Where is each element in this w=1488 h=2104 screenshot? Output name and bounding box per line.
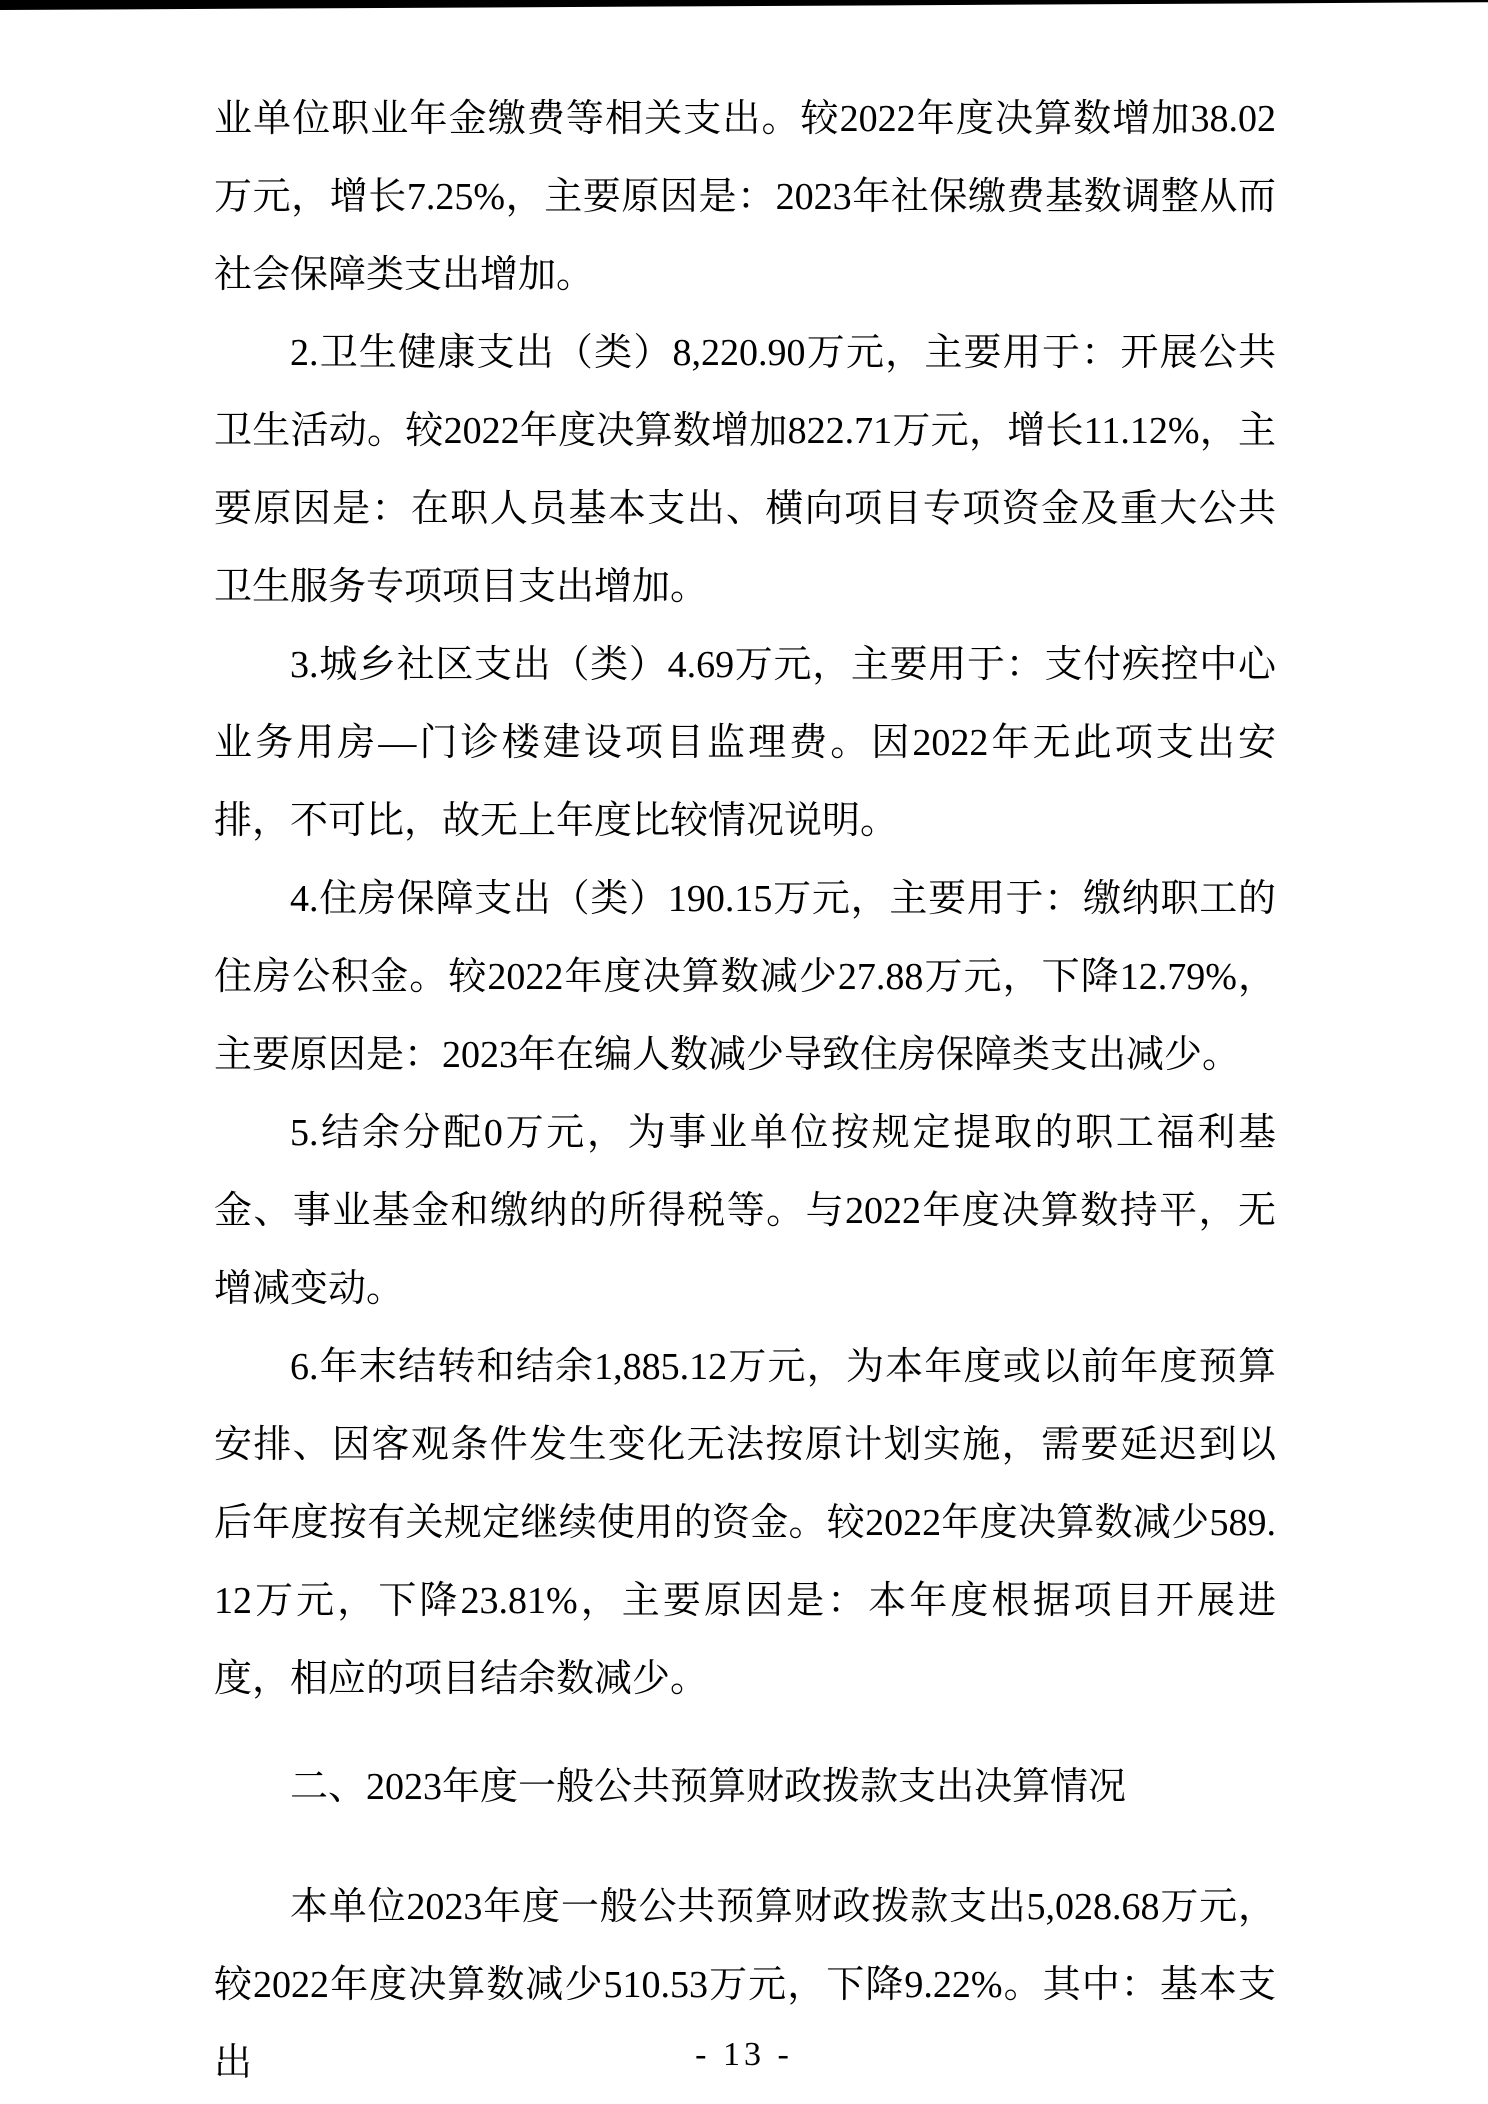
paragraph: 6.年末结转和结余1,885.12万元，为本年度或以前年度预算安排、因客观条件发… xyxy=(214,1328,1276,1718)
content: 业单位职业年金缴费等相关支出。较2022年度决算数增加38.02万元，增长7.2… xyxy=(214,0,1276,2102)
paragraph: 2.卫生健康支出（类）8,220.90万元，主要用于：开展公共卫生活动。较202… xyxy=(214,314,1276,626)
section-heading: 二、2023年度一般公共预算财政拨款支出决算情况 xyxy=(214,1748,1276,1826)
document-page: 业单位职业年金缴费等相关支出。较2022年度决算数增加38.02万元，增长7.2… xyxy=(0,0,1488,2104)
paragraph: 3.城乡社区支出（类）4.69万元，主要用于：支付疾控中心业务用房—门诊楼建设项… xyxy=(214,626,1276,860)
paragraph: 业单位职业年金缴费等相关支出。较2022年度决算数增加38.02万元，增长7.2… xyxy=(214,80,1276,314)
page-number: - 13 - xyxy=(0,2030,1488,2080)
paragraph: 5.结余分配0万元，为事业单位按规定提取的职工福利基金、事业基金和缴纳的所得税等… xyxy=(214,1094,1276,1328)
paragraph: 4.住房保障支出（类）190.15万元，主要用于：缴纳职工的住房公积金。较202… xyxy=(214,860,1276,1094)
